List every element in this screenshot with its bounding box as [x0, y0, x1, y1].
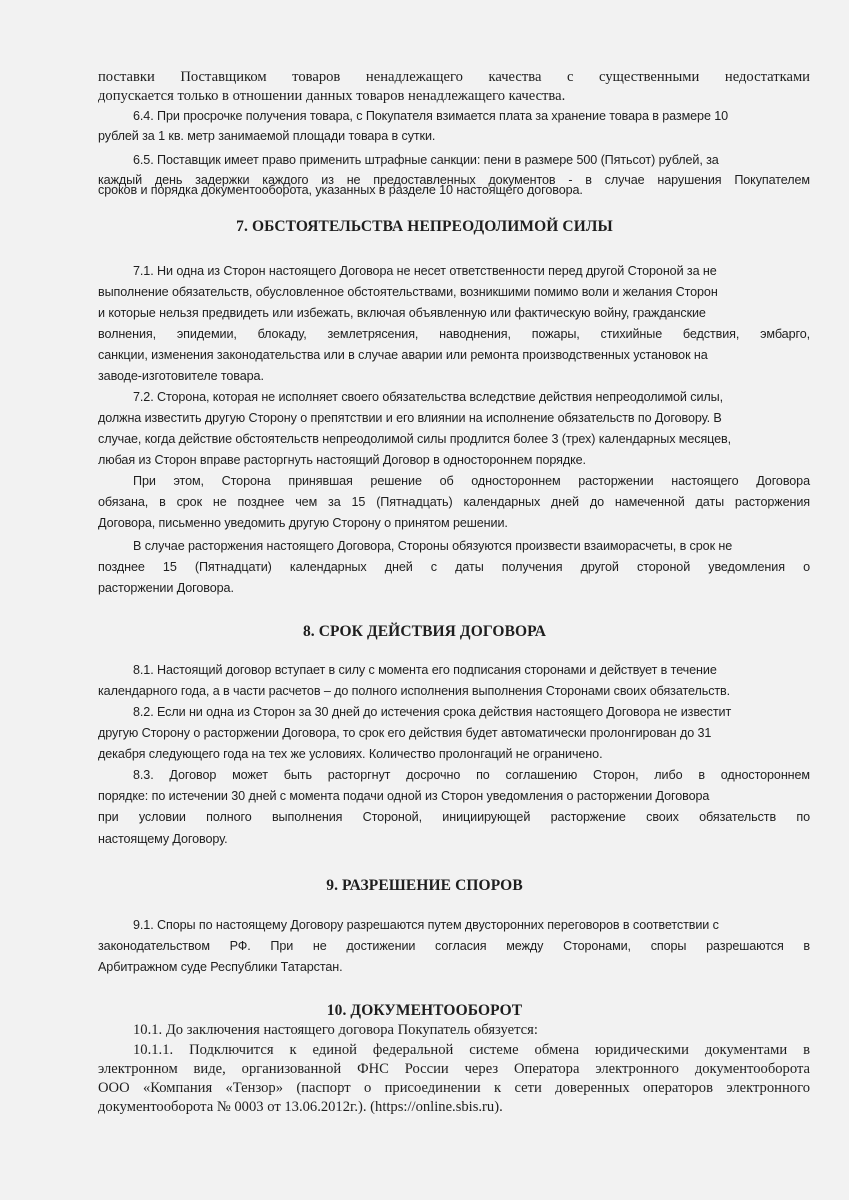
paragraph-line: законодательством РФ. При не достижении …: [98, 937, 810, 955]
clause-6-4: 6.4. При просрочке получения товара, с П…: [98, 107, 810, 125]
paragraph-line: календарного года, а в части расчетов – …: [98, 682, 810, 700]
paragraph-line: волнения, эпидемии, блокаду, землетрясен…: [98, 325, 810, 343]
paragraph-line: другую Сторону о расторжении Договора, т…: [98, 724, 810, 742]
section-8-heading: 8. СРОК ДЕЙСТВИЯ ДОГОВОРА: [0, 622, 849, 642]
clause-8-3: 8.3. Договор может быть расторгнут досро…: [98, 766, 810, 784]
paragraph-line: рублей за 1 кв. метр занимаемой площади …: [98, 127, 810, 145]
clause-6-5: 6.5. Поставщик имеет право применить штр…: [98, 151, 810, 169]
section-9-heading: 9. РАЗРЕШЕНИЕ СПОРОВ: [0, 876, 849, 896]
paragraph-line: расторжении Договора.: [98, 579, 810, 597]
paragraph-line: при условии полного выполнения Стороной,…: [98, 808, 810, 826]
paragraph-line: В случае расторжения настоящего Договора…: [98, 537, 810, 555]
section-7-heading: 7. ОБСТОЯТЕЛЬСТВА НЕПРЕОДОЛИМОЙ СИЛЫ: [0, 217, 849, 237]
paragraph-line: санкции, изменения законодательства или …: [98, 346, 810, 364]
paragraph-line: настоящему Договору.: [98, 830, 810, 848]
paragraph-line: позднее 15 (Пятнадцати) календарных дней…: [98, 558, 810, 576]
paragraph-line: При этом, Сторона принявшая решение об о…: [98, 472, 810, 490]
paragraph-line: сроков и порядка документооборота, указа…: [98, 181, 810, 199]
paragraph-line: документооборота № 0003 от 13.06.2012г.)…: [98, 1098, 810, 1116]
paragraph-line: выполнение обязательств, обусловленное о…: [98, 283, 810, 301]
paragraph-line: любая из Сторон вправе расторгнуть насто…: [98, 451, 810, 469]
paragraph-line: декабря следующего года на тех же услови…: [98, 745, 810, 763]
contract-page: поставки Поставщиком товаров ненадлежаще…: [0, 0, 849, 1200]
paragraph-line: Арбитражном суде Республики Татарстан.: [98, 958, 810, 976]
paragraph-line: заводе-изготовителе товара.: [98, 367, 810, 385]
paragraph-line: порядке: по истечении 30 дней с момента …: [98, 787, 810, 805]
clause-10-1-1: 10.1.1. Подключится к единой федеральной…: [98, 1041, 810, 1059]
paragraph-line: должна известить другую Сторону о препят…: [98, 409, 810, 427]
paragraph-line: поставки Поставщиком товаров ненадлежаще…: [98, 68, 810, 86]
clause-8-2: 8.2. Если ни одна из Сторон за 30 дней д…: [98, 703, 810, 721]
clause-9-1: 9.1. Споры по настоящему Договору разреш…: [98, 916, 810, 934]
paragraph-line: электронном виде, организованной ФНС Рос…: [98, 1060, 810, 1078]
paragraph-line: Договора, письменно уведомить другую Сто…: [98, 514, 810, 532]
clause-8-1: 8.1. Настоящий договор вступает в силу с…: [98, 661, 810, 679]
clause-10-1: 10.1. До заключения настоящего договора …: [98, 1021, 810, 1039]
paragraph-line: допускается только в отношении данных то…: [98, 87, 810, 105]
section-10-heading: 10. ДОКУМЕНТООБОРОТ: [0, 1001, 849, 1021]
paragraph-line: и которые нельзя предвидеть или избежать…: [98, 304, 810, 322]
paragraph-line: обязана, в срок не позднее чем за 15 (Пя…: [98, 493, 810, 511]
clause-7-1: 7.1. Ни одна из Сторон настоящего Догово…: [98, 262, 810, 280]
clause-7-2: 7.2. Сторона, которая не исполняет своег…: [98, 388, 810, 406]
paragraph-line: случае, когда действие обстоятельств неп…: [98, 430, 810, 448]
paragraph-line: ООО «Компания «Тензор» (паспорт о присое…: [98, 1079, 810, 1097]
